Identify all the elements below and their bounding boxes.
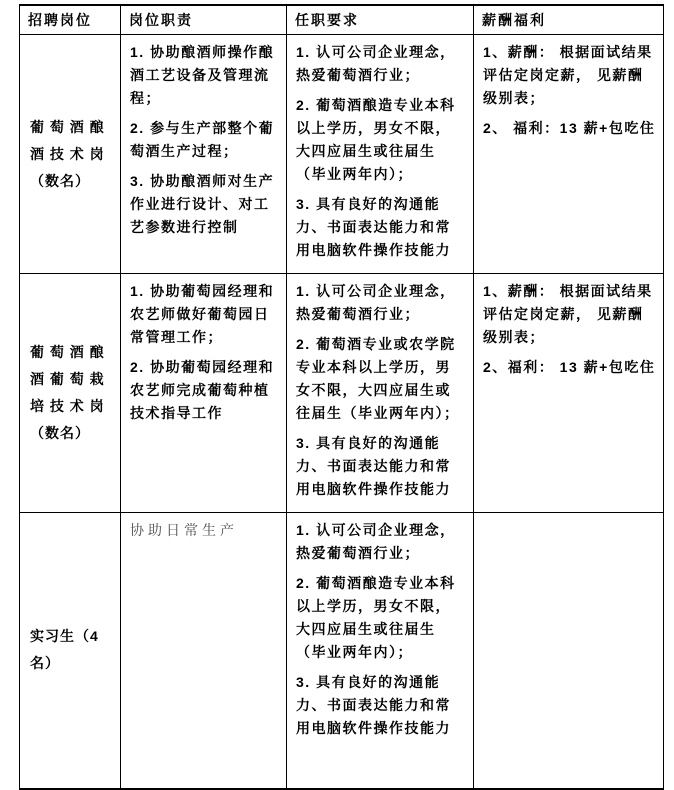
table-row-winemaking-tech: 葡 萄 酒 酿 酒 技 术 岗 （数名） 1. 协助酿酒师操作酿酒工艺设备及管理… [20, 35, 664, 274]
position-cell: 葡 萄 酒 酿 酒 技 术 岗 （数名） [20, 35, 121, 274]
column-header-duties: 岗位职责 [121, 5, 287, 35]
table-header-row: 招聘岗位 岗位职责 任职要求 薪酬福利 [20, 5, 664, 35]
requirement-item: 2. 葡萄酒酿造专业本科以上学历，男女不限， 大四应届生或往届生（毕业两年内）； [296, 94, 466, 186]
position-cell: 葡 萄 酒 酿 酒 葡 萄 栽 培 技 术 岗 （数名） [20, 274, 121, 513]
requirements-cell: 1. 认可公司企业理念，热爱葡萄酒行业； 2. 葡萄酒专业或农学院专业本科以上学… [287, 274, 474, 513]
duty-item: 2. 协助葡萄园经理和农艺师完成葡萄种植技术指导工作 [130, 356, 279, 425]
benefits-cell-empty [474, 513, 664, 789]
benefits-cell: 1、薪酬： 根据面试结果评估定岗定薪， 见薪酬级别表； 2、福利： 13 薪+包… [474, 274, 664, 513]
requirement-item: 3. 具有良好的沟通能力、书面表达能力和常用电脑软件操作技能力 [296, 432, 466, 501]
benefits-cell: 1、薪酬： 根据面试结果评估定岗定薪， 见薪酬级别表； 2、 福利：13 薪+包… [474, 35, 664, 274]
position-cell: 实习生（4 名） [20, 513, 121, 789]
requirement-item: 2. 葡萄酒专业或农学院专业本科以上学历，男女不限，大四应届生或往届生（毕业两年… [296, 333, 466, 425]
duty-item: 1. 协助酿酒师操作酿酒工艺设备及管理流程； [130, 41, 279, 110]
requirements-cell: 1. 认可公司企业理念，热爱葡萄酒行业； 2. 葡萄酒酿造专业本科以上学历，男女… [287, 35, 474, 274]
recruitment-table: 招聘岗位 岗位职责 任职要求 薪酬福利 葡 萄 酒 酿 酒 技 术 岗 （数名）… [19, 4, 664, 790]
duty-item: 3. 协助酿酒师对生产作业进行设计、对工艺参数进行控制 [130, 170, 279, 239]
benefit-item: 2、 福利：13 薪+包吃住 [483, 117, 656, 140]
table-row-viticulture-tech: 葡 萄 酒 酿 酒 葡 萄 栽 培 技 术 岗 （数名） 1. 协助葡萄园经理和… [20, 274, 664, 513]
duties-cell: 1. 协助葡萄园经理和农艺师做好葡萄园日常管理工作； 2. 协助葡萄园经理和农艺… [121, 274, 287, 513]
column-header-benefits: 薪酬福利 [474, 5, 664, 35]
duty-item: 1. 协助葡萄园经理和农艺师做好葡萄园日常管理工作； [130, 280, 279, 349]
duty-item: 协助日常生产 [130, 519, 279, 542]
benefit-item: 2、福利： 13 薪+包吃住 [483, 356, 656, 379]
requirement-item: 3. 具有良好的沟通能力、书面表达能力和常用电脑软件操作技能力 [296, 671, 466, 740]
table-row-intern: 实习生（4 名） 协助日常生产 1. 认可公司企业理念，热爱葡萄酒行业； 2. … [20, 513, 664, 789]
column-header-position: 招聘岗位 [20, 5, 121, 35]
requirement-item: 2. 葡萄酒酿造专业本科以上学历，男女不限， 大四应届生或往届生（毕业两年内）； [296, 572, 466, 664]
column-header-requirements: 任职要求 [287, 5, 474, 35]
duty-item: 2. 参与生产部整个葡萄酒生产过程； [130, 117, 279, 163]
requirement-item: 1. 认可公司企业理念，热爱葡萄酒行业； [296, 519, 466, 565]
requirement-item: 1. 认可公司企业理念，热爱葡萄酒行业； [296, 280, 466, 326]
requirements-cell: 1. 认可公司企业理念，热爱葡萄酒行业； 2. 葡萄酒酿造专业本科以上学历，男女… [287, 513, 474, 789]
benefit-item: 1、薪酬： 根据面试结果评估定岗定薪， 见薪酬级别表； [483, 280, 656, 349]
benefit-item: 1、薪酬： 根据面试结果评估定岗定薪， 见薪酬级别表； [483, 41, 656, 110]
requirement-item: 1. 认可公司企业理念，热爱葡萄酒行业； [296, 41, 466, 87]
duties-cell: 1. 协助酿酒师操作酿酒工艺设备及管理流程； 2. 参与生产部整个葡萄酒生产过程… [121, 35, 287, 274]
requirement-item: 3. 具有良好的沟通能力、书面表达能力和常用电脑软件操作技能力 [296, 193, 466, 262]
duties-cell: 协助日常生产 [121, 513, 287, 789]
